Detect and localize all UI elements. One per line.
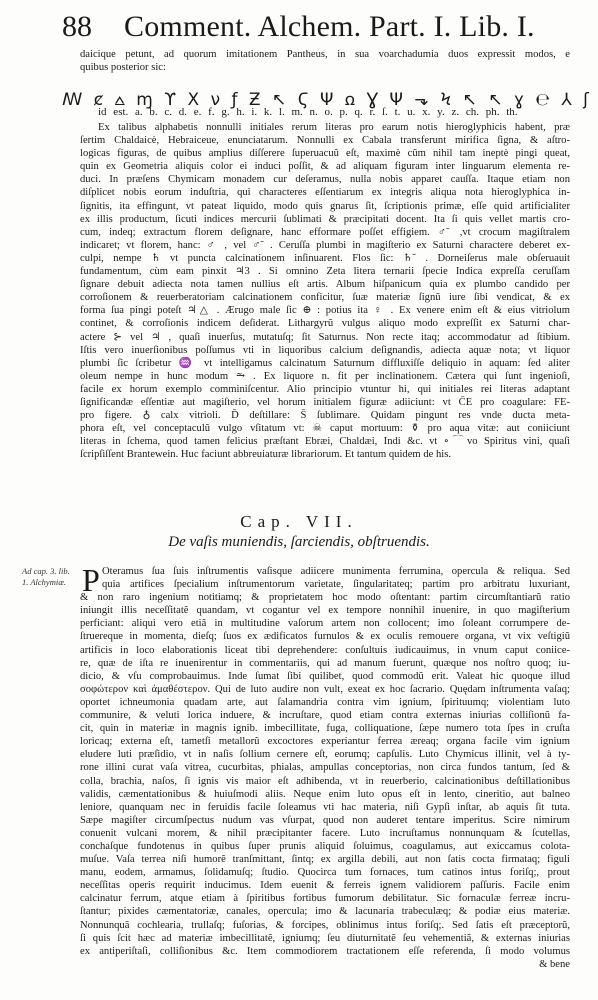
running-title: Comment. Alchem. Part. I. Lib. I. [124, 10, 535, 44]
text-line: facile ex horum exemplo comminiſcentur. … [80, 383, 570, 396]
chapter-subtitle: De vaſis muniendis, ſarciendis, obſtruen… [0, 534, 598, 551]
text-line: ſtantur; pixides cæmentatoriæ, canales, … [80, 905, 570, 918]
text-line: logicas figuras, de quibus amplius diſſe… [80, 147, 570, 160]
text-line: actere ⊱ vel ♃ , quaſi inuerſus, mutatuſ… [80, 331, 570, 344]
text-line: daicique petunt, ad quorum imitationem P… [80, 48, 570, 61]
marginal-note-line: Ad cap. 3. lib. [22, 566, 70, 577]
text-line: phora eſt, vel conceptaculũ vulgo vſitat… [80, 422, 570, 435]
text-line: Ex talibus alphabetis nonnulli initiales… [80, 121, 570, 134]
catchword: & bene [80, 958, 570, 971]
chapter-heading: Cap. VII. [0, 512, 598, 532]
text-line: ſignare debuit adiecta nota tamen nulliu… [80, 278, 570, 291]
text-line: Sæpe magiſter circumſpectus nudum vas vſ… [80, 814, 570, 827]
text-line: ex antiperiſtaſi, colliſionibus &c. Item… [80, 945, 570, 958]
paragraph-characters: Ex talibus alphabetis nonnulli initiales… [80, 121, 570, 461]
text-line: perficiant: aliqui vero etiã in multitud… [80, 617, 570, 630]
text-line: ſcripſiſſent Brantewein. Huc faciunt abb… [80, 448, 570, 461]
text-line: continet, & corroſionis indicem deſidera… [80, 317, 570, 330]
text-line: ſtruereque in momenta, dieſq; ſuos ex æd… [80, 630, 570, 643]
text-line: neceſſitas operis requirit inducimus. Id… [80, 879, 570, 892]
text-line: dicio, & vſu comprobauimus. Inde ſumat ſ… [80, 670, 570, 683]
text-line: conchaſque fundotenus in quibus ſuper pr… [80, 840, 570, 853]
text-line: diſplicet nobis eorum induſtria, qui cha… [80, 186, 570, 199]
text-line: communire, & veluti lorica induere, & in… [80, 709, 570, 722]
text-line: ex illis productum, ſicuti indices mercu… [80, 213, 570, 226]
text-line: plumbi ſic ſcribetur ♒ vt intelligamus c… [80, 357, 570, 370]
text-line: fundamentum, cùm eam pinxit ♃3 . Si omni… [80, 265, 570, 278]
text-line: culpi, nempe ♄ vt puncta calcinationem i… [80, 252, 570, 265]
text-line: leniore, quanquam nec in feruidis facile… [80, 801, 570, 814]
text-line: conuenit vulcani morem, & nihil præcipit… [80, 827, 570, 840]
text-line: ſignitis, ita effingunt, vt pateat liqui… [80, 200, 570, 213]
text-line: loricaq; externa eſt, tametſi metallorũ … [80, 735, 570, 748]
text-line: calcinatur ferrum, atque etiam à ſpiriti… [80, 892, 570, 905]
page-number: 88 [62, 10, 92, 44]
text-line: eludere luti præſidio, vt in naſis ſolli… [80, 748, 570, 761]
cipher-alphabet-key: id est. a. b. c. d. e. f. g. h. i. k. l.… [98, 106, 518, 118]
text-line: oleum nempe in hunc modum ⥲ . Ex liquore… [80, 370, 570, 383]
intro-text: daicique petunt, ad quorum imitationem P… [80, 48, 570, 74]
text-line: colla, brachia, naſos, ſi ignis vis maio… [80, 775, 570, 788]
text-line: forma ſua pingi poteſt ♃△ . Ærugo male ſ… [80, 304, 570, 317]
text-line: quibus posterior sic: [80, 61, 570, 74]
marginal-note: Ad cap. 3. lib. 1. Alchymiæ. [22, 566, 70, 588]
text-line: Oteramus ſua ſuis inſtrumentis vaſisque … [80, 565, 570, 578]
chapter-body: Oteramus ſua ſuis inſtrumentis vaſisque … [80, 565, 570, 971]
text-line: σοφώτερον καὶ ἀμαθέστερον. Qui de luto a… [80, 683, 570, 696]
text-line: quin ex Geometria aliquis color ei induc… [80, 160, 570, 173]
text-line: corroſionem & reuerberatoriam calcinatio… [80, 291, 570, 304]
text-line: & non raro ingenium notitiamq; & proprie… [80, 591, 570, 604]
text-line: Nonnunquã cochlearia, trullaſq; fuſorias… [80, 919, 570, 932]
text-line: Iſtis vero inuerſionibus poſſumus vti in… [80, 344, 570, 357]
text-line: validis, cæmentationibus & huiuſmodi ali… [80, 788, 570, 801]
text-line: muſue. Vaſa terrea niſi humorẽ tranſmitt… [80, 853, 570, 866]
text-line: duci. In præſens Chymicam monadem cur de… [80, 173, 570, 186]
text-line: quia artifices ſpecialium inſtrumentorum… [80, 578, 570, 591]
text-line: ſi quis ſcit hæc ad materiæ imbecillitat… [80, 932, 570, 945]
marginal-note-line: 1. Alchymiæ. [22, 577, 70, 588]
text-line: iniungit illis neceſſitatẽ quandam, vt c… [80, 604, 570, 617]
text-line: oportet ichneumonia quadam arte, aut ſal… [80, 696, 570, 709]
text-line: manu, eodem, armamus, ſolidamuſq; ſtudio… [80, 866, 570, 879]
text-line: cit, quin in materiæ in magnis ignib. im… [80, 722, 570, 735]
text-line: ſertim Chaldaicè, Hebraiceue, enunciatar… [80, 134, 570, 147]
text-line: rone illini curat vaſa vitrea, cucurbita… [80, 761, 570, 774]
text-line: indicaret; vt florem, hanc: ♂ , vel ♂̃ .… [80, 239, 570, 252]
text-line: cum, indeq; extractum florem deſignare, … [80, 226, 570, 239]
text-line: pro figere. ♁ calx vitrioli. D̄ deſtilla… [80, 409, 570, 422]
text-line: re, quæ de iſta re inuenirentur in comme… [80, 657, 570, 670]
text-line: ſignificandæ eſſentiæ aut magiſterio, ve… [80, 396, 570, 409]
running-head: 88 Comment. Alchem. Part. I. Lib. I. [62, 10, 542, 44]
text-line: literas in ſchema, quod tamen felicius p… [80, 435, 570, 448]
text-line: artificis in loco elaborationis liceat t… [80, 644, 570, 657]
book-page: 88 Comment. Alchem. Part. I. Lib. I. dai… [0, 0, 598, 1000]
